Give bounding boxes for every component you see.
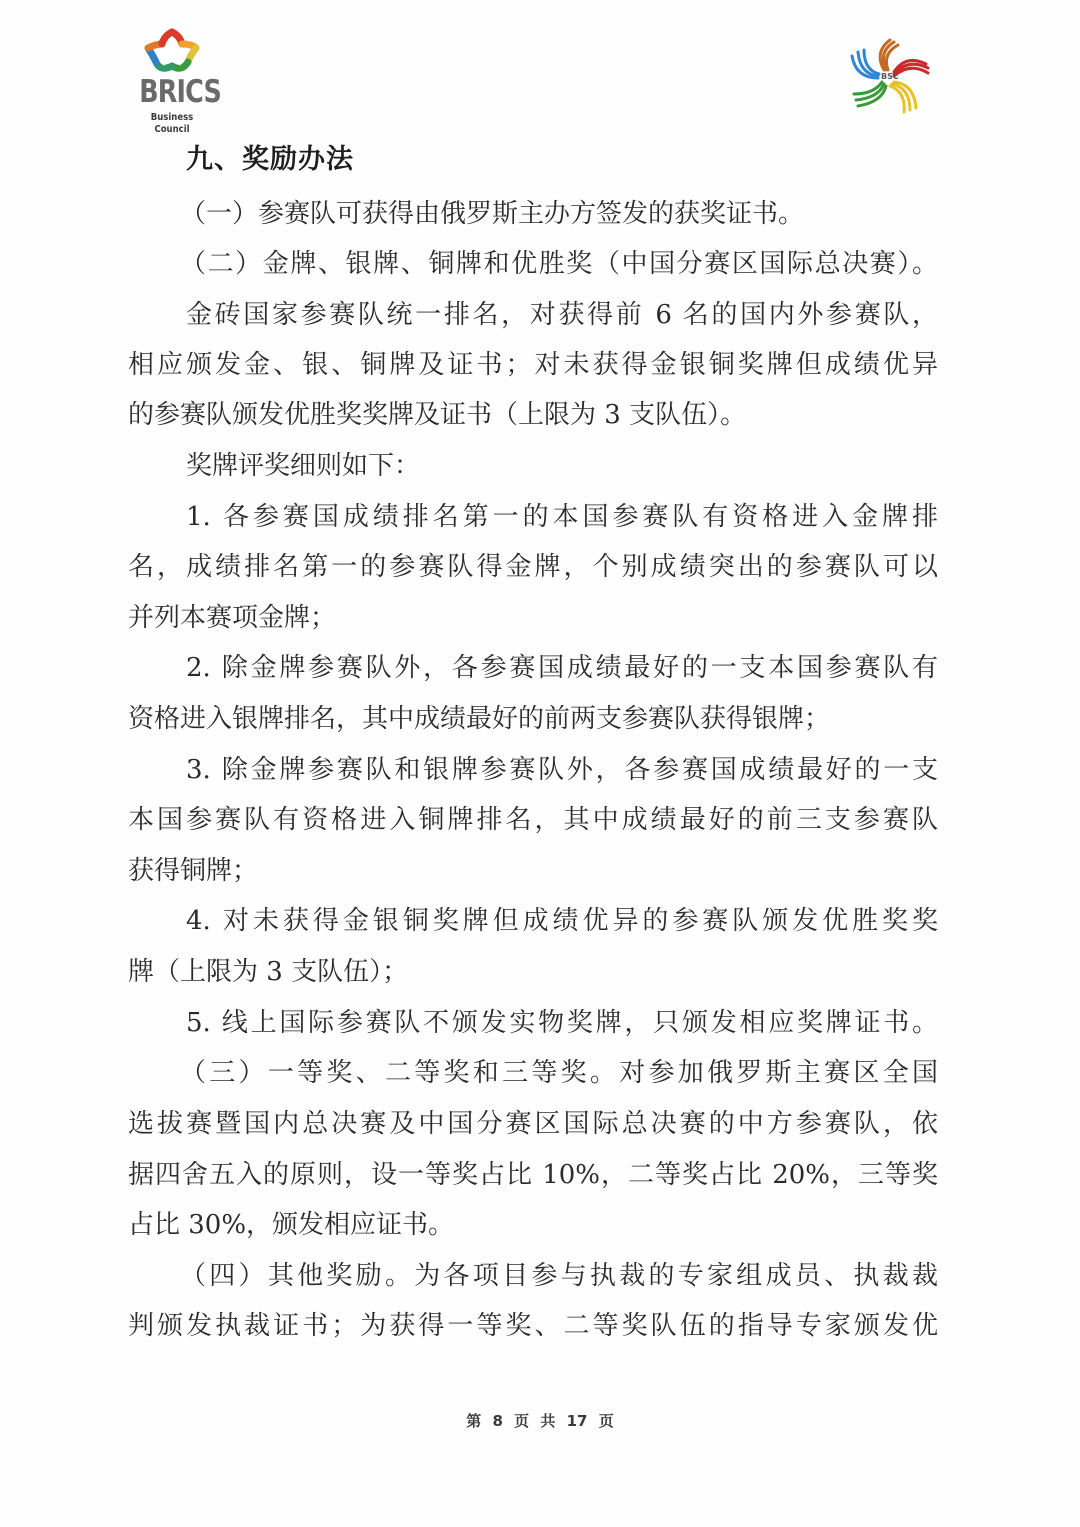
paragraph-line: 金砖国家参赛队统一排名，对获得前 6 名的国内外参赛队，	[186, 295, 938, 335]
paragraph-line: 资格进入银牌排名，其中成绩最好的前两支参赛队获得银牌；	[128, 699, 938, 739]
paragraph-line: 名，成绩排名第一的参赛队得金牌，个别成绩突出的参赛队可以	[128, 547, 938, 587]
paragraph-line: 选拔赛暨国内总决赛及中国分赛区国际总决赛的中方参赛队，依	[128, 1104, 938, 1144]
paragraph-line: 获得铜牌；	[128, 851, 938, 891]
paragraph-line: （二）金牌、银牌、铜牌和优胜奖（中国分赛区国际总决赛）。	[180, 244, 938, 284]
rule-item-4: 4. 对未获得金银铜奖牌但成绩优异的参赛队颁发优胜奖奖	[186, 901, 938, 941]
rule-item-1: 1. 各参赛国成绩排名第一的本国参赛队有资格进入金牌排	[186, 497, 938, 537]
paragraph-line: 牌（上限为 3 支队伍）；	[128, 952, 938, 992]
paragraph-line: 本国参赛队有资格进入铜牌排名，其中成绩最好的前三支参赛队	[128, 800, 938, 840]
paragraph-line: （三）一等奖、二等奖和三等奖。对参加俄罗斯主赛区全国	[180, 1053, 938, 1093]
paragraph-line: 据四舍五入的原则，设一等奖占比 10%，二等奖占比 20%，三等奖	[128, 1155, 938, 1195]
paragraph-line: 并列本赛项金牌；	[128, 598, 938, 638]
paragraph-line: 相应颁发金、银、铜牌及证书；对未获得金银铜奖牌但成绩优异	[128, 345, 938, 385]
page-number: 第 8 页 共 17 页	[0, 1410, 1080, 1431]
business-council-subtitle: Business Council	[135, 112, 210, 136]
paragraph-line: （一）参赛队可获得由俄罗斯主办方签发的获奖证书。	[180, 194, 938, 234]
rule-item-3: 3. 除金牌参赛队和银牌参赛队外，各参赛国成绩最好的一支	[186, 750, 938, 790]
paragraph-line: 的参赛队颁发优胜奖奖牌及证书（上限为 3 支队伍）。	[128, 395, 938, 435]
bsc-logo: BSC	[844, 32, 934, 118]
bsc-logo-text: BSC	[881, 72, 899, 81]
rule-item-2: 2. 除金牌参赛队外，各参赛国成绩最好的一支本国参赛队有	[186, 648, 938, 688]
brics-wordmark: BRICS	[139, 76, 205, 108]
rule-item-5: 5. 线上国际参赛队不颁发实物奖牌，只颁发相应奖牌证书。	[186, 1003, 938, 1043]
document-page: BRICS Business Council	[0, 0, 1080, 1527]
section-heading: 九、奖励办法	[186, 140, 354, 180]
paragraph-line: 占比 30%，颁发相应证书。	[128, 1205, 938, 1245]
paragraph-line: （四）其他奖励。为各项目参与执裁的专家组成员、执裁裁	[180, 1256, 938, 1296]
paragraph-line: 奖牌评奖细则如下：	[186, 446, 938, 486]
paragraph-line: 判颁发执裁证书；为获得一等奖、二等奖队伍的指导专家颁发优	[128, 1306, 938, 1346]
brics-business-council-logo: BRICS Business Council	[132, 26, 212, 126]
brics-star-icon	[132, 26, 212, 78]
